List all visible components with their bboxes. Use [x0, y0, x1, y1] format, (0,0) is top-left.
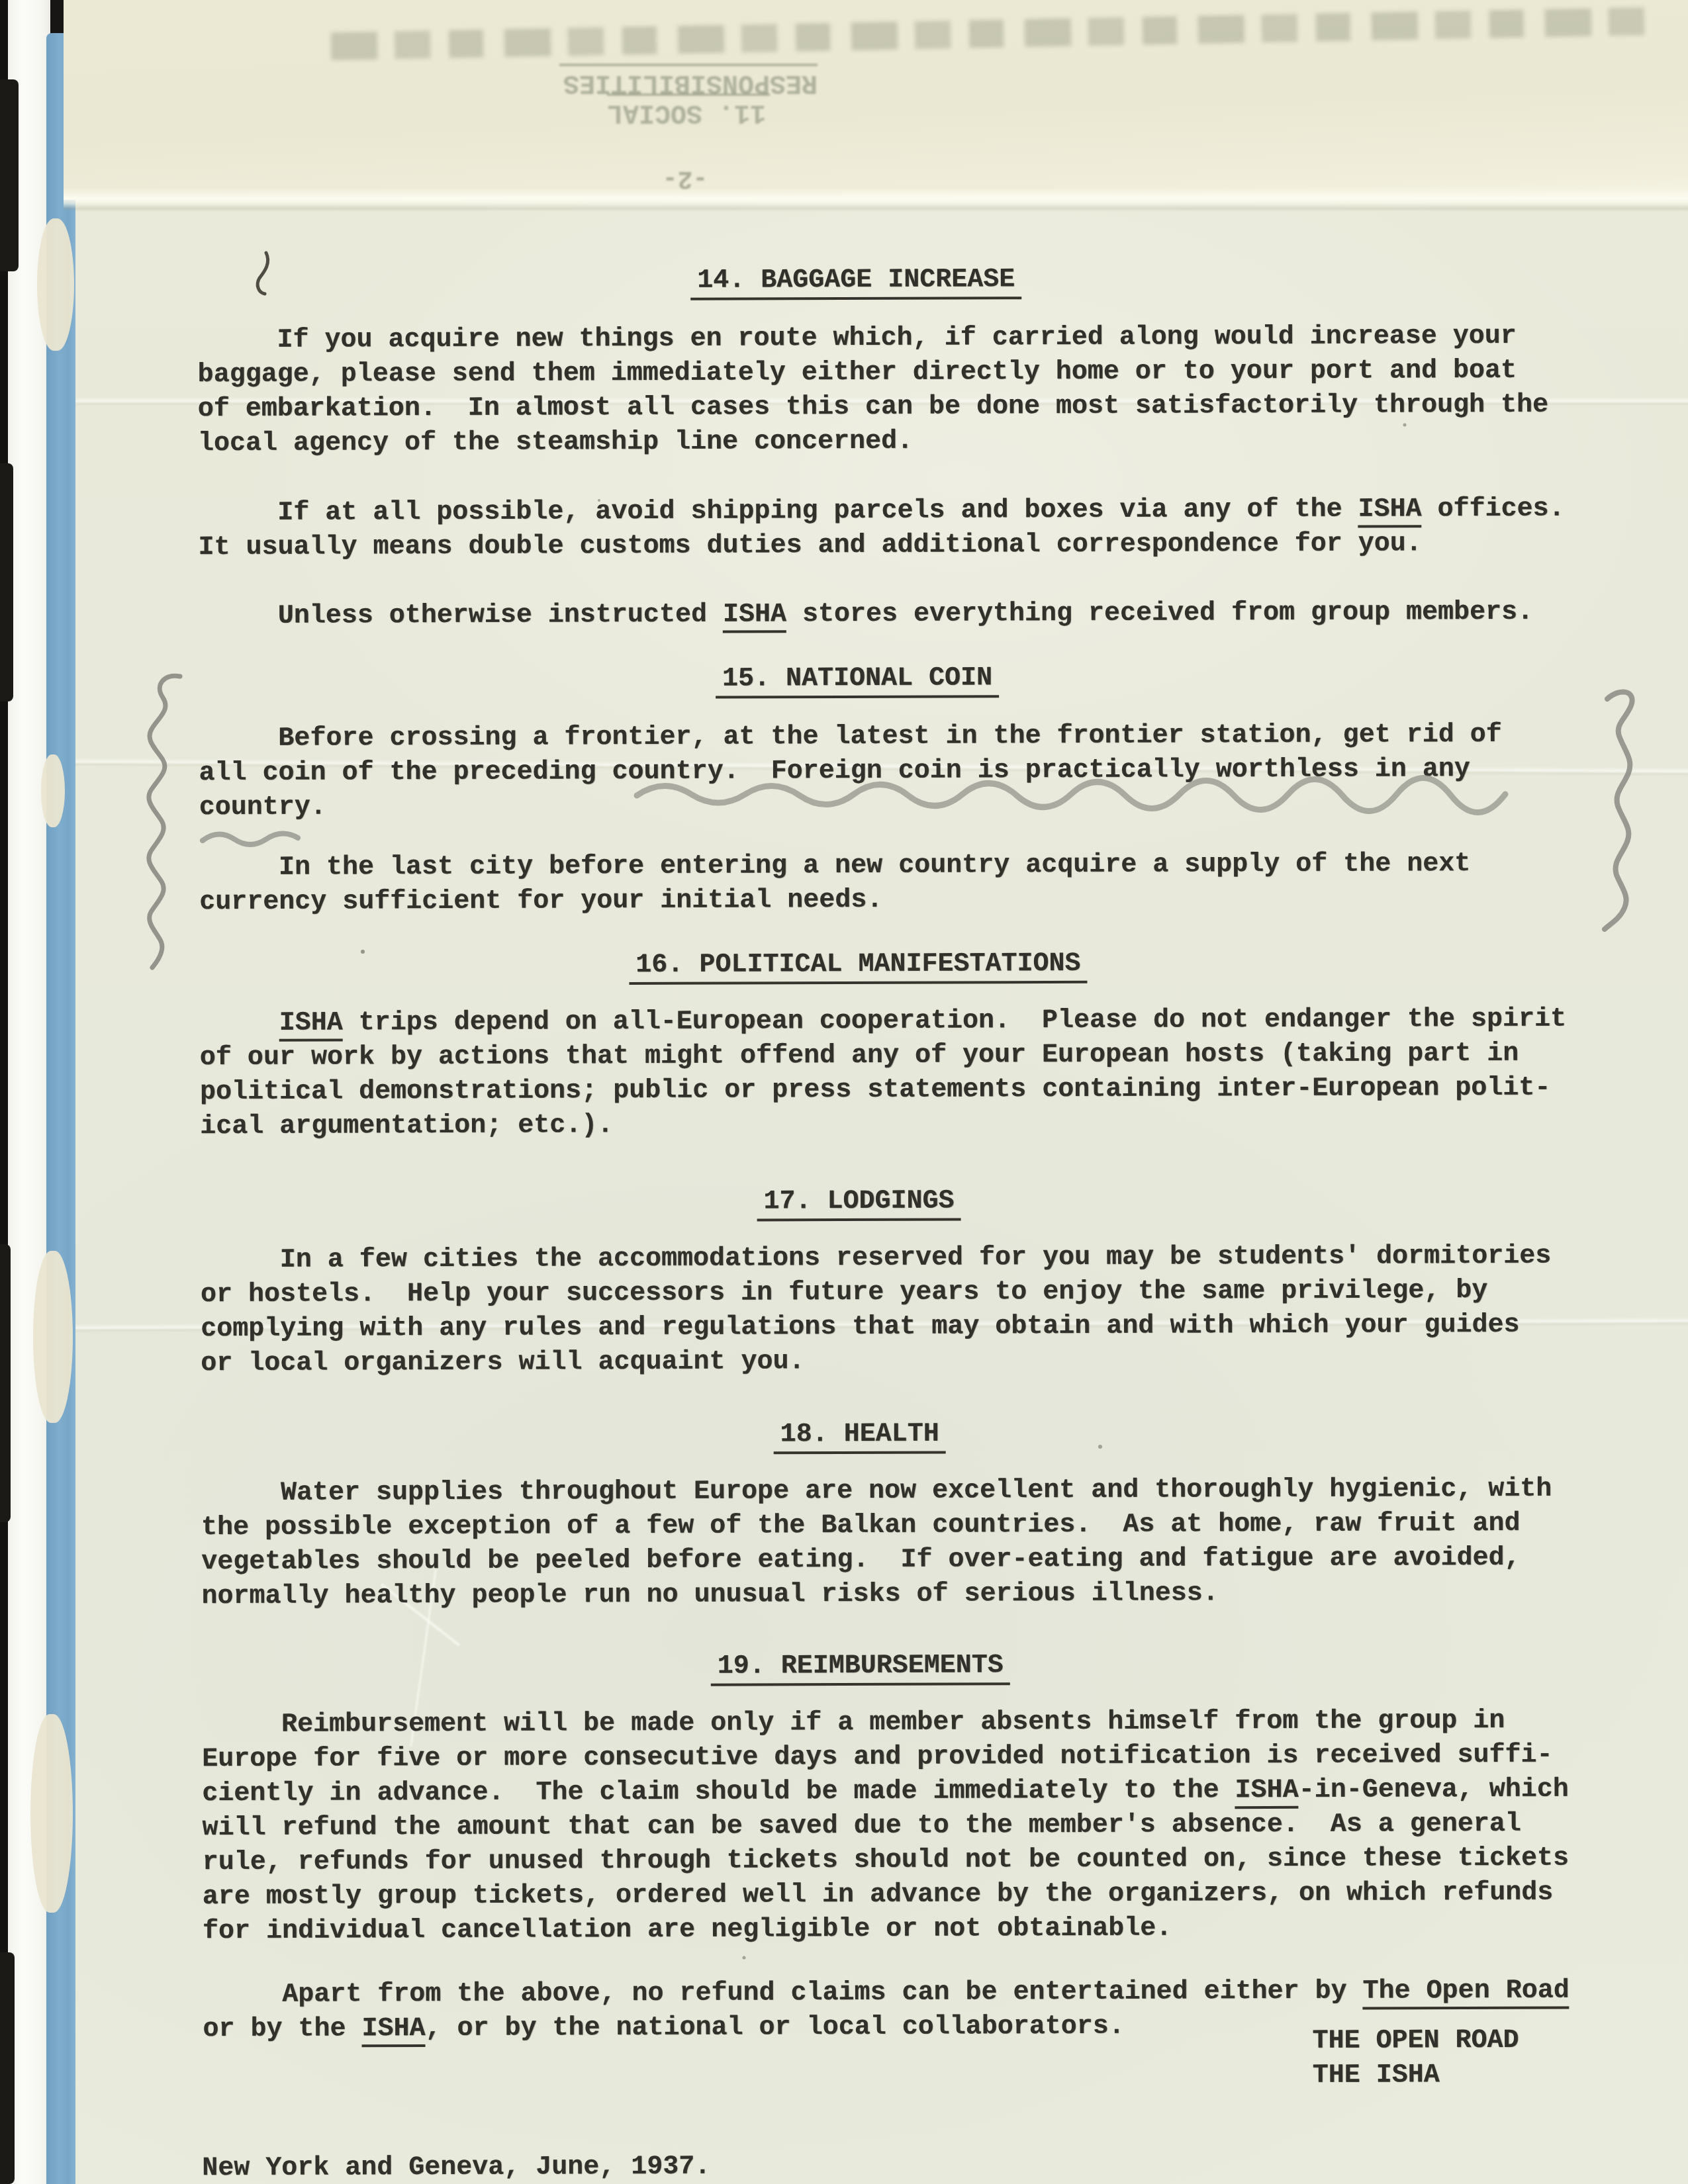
typed-line: ISHA trips depend on all-European cooper… [200, 1003, 1567, 1041]
typed-line: It usually means double customs duties a… [198, 527, 1565, 565]
signature-block: THE OPEN ROAD THE ISHA [1312, 2022, 1519, 2091]
typed-line: currency sufficient for your initial nee… [199, 882, 1470, 920]
paragraph: In a few cities the accommodations reser… [201, 1240, 1552, 1381]
typed-line: If at all possible, avoid shipping parce… [198, 492, 1565, 531]
typed-line: Unless otherwise instructed ISHA stores … [199, 596, 1533, 634]
typed-line: of embarkation. In almost all cases this… [198, 388, 1548, 427]
typed-line: all coin of the preceding country. Forei… [199, 752, 1501, 791]
section-heading-15: 15. NATIONAL COIN [199, 660, 1516, 698]
signature-line: THE ISHA [1313, 2056, 1519, 2091]
section-heading-18: 18. HEALTH [201, 1416, 1519, 1454]
typed-line: rule, refunds for unused through tickets… [203, 1842, 1570, 1880]
paragraph: Before crossing a frontier, at the lates… [199, 718, 1502, 825]
typed-line: baggage, please send them immediately ei… [198, 354, 1548, 392]
typed-line: Reimbursement will be made only if a mem… [202, 1704, 1569, 1743]
paragraph: ISHA trips depend on all-European cooper… [200, 1003, 1567, 1144]
scanner-edge-shadow [0, 79, 19, 271]
typed-line: the possible exception of a few of the B… [201, 1507, 1552, 1545]
typed-line: complying with any rules and regulations… [201, 1308, 1551, 1347]
scanner-edge-shadow [0, 1952, 15, 2184]
typed-line: vegetables should be peeled before eatin… [201, 1541, 1552, 1580]
paragraph: In the last city before entering a new c… [199, 847, 1471, 920]
typed-line: ical argumentation; etc.). [200, 1106, 1567, 1144]
signature-line: THE OPEN ROAD [1312, 2022, 1519, 2057]
paragraph: If at all possible, avoid shipping parce… [198, 492, 1565, 565]
dateline: New York and Geneva, June, 1937. [202, 2150, 710, 2184]
typed-line: country. [199, 787, 1502, 825]
paragraph: Water supplies throughout Europe are now… [201, 1473, 1552, 1614]
scanned-letter-page: 11. SOCIAL RESPONSIBILITIES -2- 14. BAGG… [0, 0, 1688, 2184]
typed-line: In a few cities the accommodations reser… [201, 1240, 1551, 1278]
scanner-edge-shadow [0, 1244, 11, 1522]
typed-line: Europe for five or more consecutive days… [202, 1739, 1569, 1777]
typed-line: Before crossing a frontier, at the lates… [199, 718, 1501, 756]
paragraph: Unless otherwise instructed ISHA stores … [199, 596, 1533, 634]
typed-line: political demonstrations; public or pres… [200, 1071, 1567, 1110]
scanner-edge [0, 0, 8, 2184]
scanner-edge-shadow [0, 463, 13, 702]
section-heading-19: 19. REIMBURSEMENTS [202, 1647, 1519, 1686]
typed-line: are mostly group tickets, ordered well i… [203, 1876, 1570, 1915]
typed-line: If you acquire new things en route which… [197, 320, 1548, 358]
section-heading-16: 16. POLITICAL MANIFESTATIONS [199, 946, 1517, 984]
typed-line: In the last city before entering a new c… [199, 847, 1470, 886]
paragraph: Reimbursement will be made only if a mem… [202, 1704, 1569, 1949]
typed-line: Apart from the above, no refund claims c… [203, 1974, 1570, 2013]
typed-line: ciently in advance. The claim should be … [202, 1773, 1569, 1811]
typed-line: Water supplies throughout Europe are now… [201, 1473, 1552, 1511]
typed-line: will refund the amount that can be saved… [202, 1807, 1569, 1846]
section-heading-17: 17. LODGINGS [200, 1183, 1517, 1221]
typed-line: of our work by actions that might offend… [200, 1037, 1567, 1075]
typed-line: for individual cancellation are negligib… [203, 1911, 1570, 1949]
section-heading-14: 14. BAGGAGE INCREASE [197, 261, 1515, 300]
typed-line: or hostels. Help your successors in futu… [201, 1274, 1551, 1312]
paragraph: If you acquire new things en route which… [197, 320, 1548, 461]
typed-line: normally healthy people run no unusual r… [201, 1576, 1552, 1614]
typed-line: or local organizers will acquaint you. [201, 1343, 1551, 1381]
typed-line: local agency of the steamship line conce… [198, 423, 1548, 461]
typed-content: 14. BAGGAGE INCREASE If you acquire new … [0, 0, 1688, 2184]
